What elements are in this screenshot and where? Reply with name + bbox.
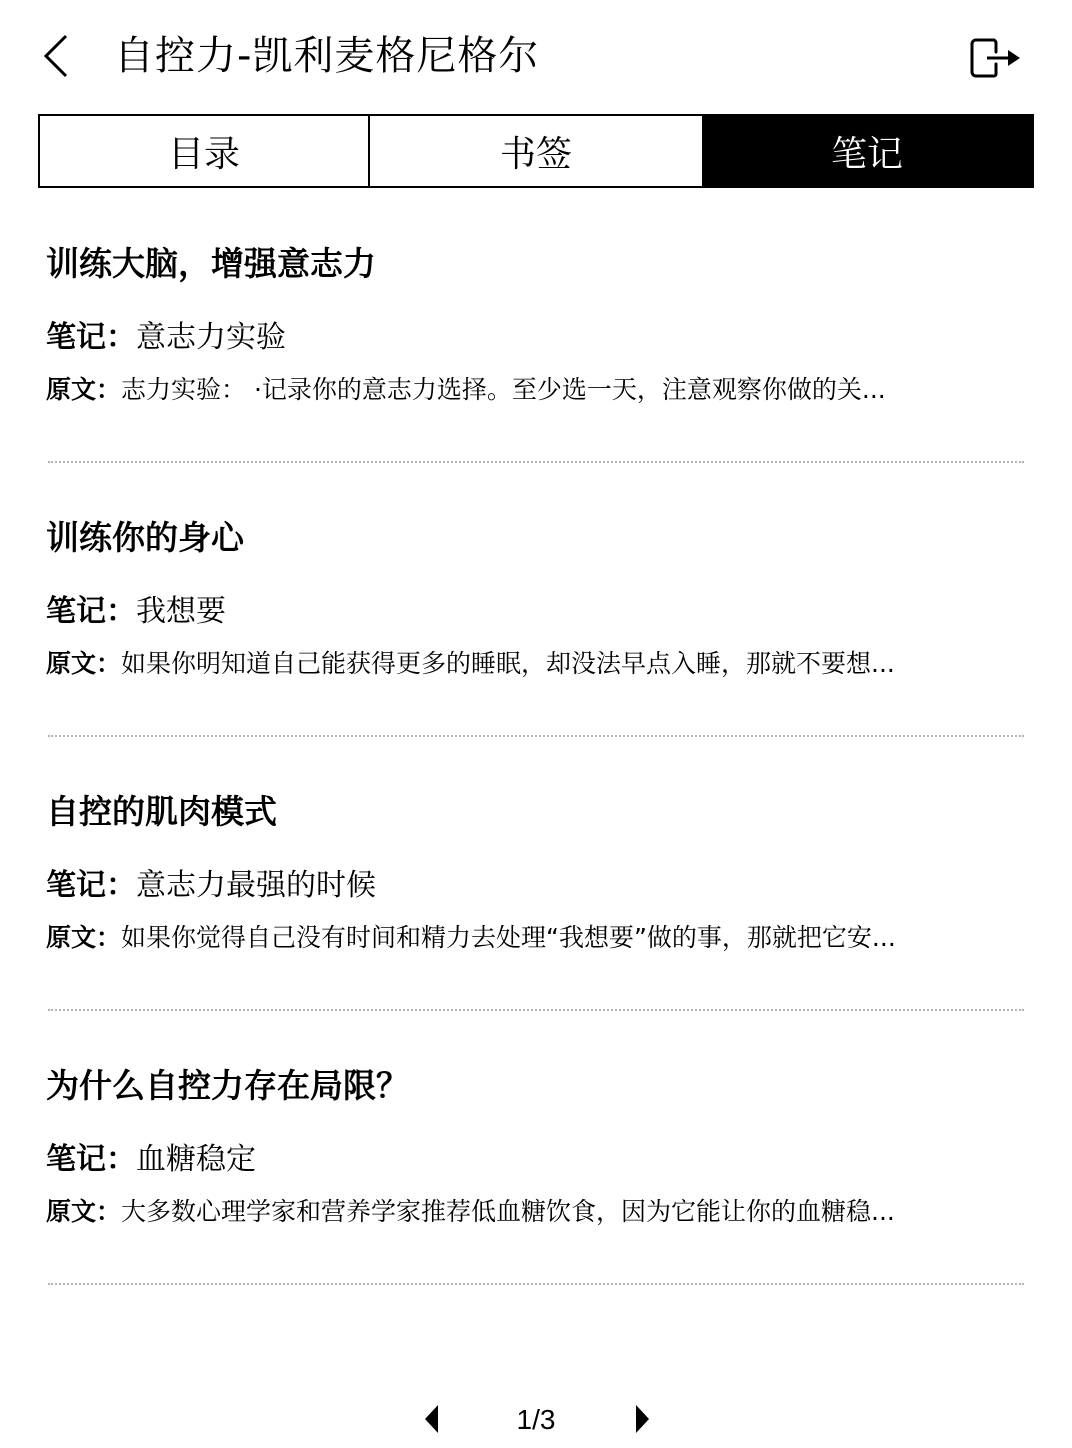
original-label: 原文： [46,1197,121,1226]
original-content: 如果你明知道自己能获得更多的睡眠，却没法早点入睡，那就不要想... [121,649,895,678]
note-item[interactable]: 训练你的身心 笔记：我想要 原文：如果你明知道自己能获得更多的睡眠，却没法早点入… [46,516,1024,684]
tab-bookmarks[interactable]: 书签 [370,116,702,186]
note-item[interactable]: 训练大脑，增强意志力 笔记：意志力实验 原文：志力实验： ·记录你的意志力选择。… [46,242,1024,410]
original-label: 原文： [46,923,121,952]
exit-button[interactable] [965,32,1025,82]
prev-page-button[interactable] [420,1404,444,1434]
divider [48,735,1024,737]
chevron-left-icon [38,30,78,82]
original-text: 原文：大多数心理学家和营养学家推荐低血糖饮食，因为它能让你的血糖稳... [46,1192,1021,1232]
chapter-title: 为什么自控力存在局限？ [46,1064,1024,1108]
next-page-button[interactable] [630,1404,654,1434]
original-content: 如果你觉得自己没有时间和精力去处理“我想要”做的事，那就把它安... [121,923,896,952]
chapter-title: 训练你的身心 [46,516,1024,560]
tab-contents[interactable]: 目录 [40,116,370,186]
original-text: 原文：志力实验： ·记录你的意志力选择。至少选一天，注意观察你做的关... [46,370,1021,410]
note-item[interactable]: 自控的肌肉模式 笔记：意志力最强的时候 原文：如果你觉得自己没有时间和精力去处理… [46,790,1024,958]
note-text: 笔记：血糖稳定 [46,1138,1024,1182]
triangle-left-icon [420,1404,444,1434]
tab-bar: 目录 书签 笔记 [38,114,1034,188]
chapter-title: 训练大脑，增强意志力 [46,242,1024,286]
note-label: 笔记： [46,594,136,629]
divider [48,1009,1024,1011]
book-title: 自控力-凯利麦格尼格尔 [114,28,539,84]
original-text: 原文：如果你明知道自己能获得更多的睡眠，却没法早点入睡，那就不要想... [46,644,1021,684]
note-label: 笔记： [46,320,136,355]
pagination: 1/3 [0,1392,1072,1448]
original-label: 原文： [46,649,121,678]
note-label: 笔记： [46,1142,136,1177]
chapter-title: 自控的肌肉模式 [46,790,1024,834]
original-label: 原文： [46,375,121,404]
triangle-right-icon [630,1404,654,1434]
original-text: 原文：如果你觉得自己没有时间和精力去处理“我想要”做的事，那就把它安... [46,918,1021,958]
note-content: 我想要 [136,594,226,629]
note-text: 笔记：我想要 [46,590,1024,634]
original-content: 大多数心理学家和营养学家推荐低血糖饮食，因为它能让你的血糖稳... [121,1197,895,1226]
note-item[interactable]: 为什么自控力存在局限？ 笔记：血糖稳定 原文：大多数心理学家和营养学家推荐低血糖… [46,1064,1024,1232]
note-content: 意志力最强的时候 [136,868,376,903]
back-button[interactable] [38,30,78,82]
header-bar: 自控力-凯利麦格尼格尔 [0,0,1072,112]
divider [48,461,1024,463]
page-indicator: 1/3 [486,1400,586,1440]
note-content: 意志力实验 [136,320,286,355]
tab-notes[interactable]: 笔记 [702,116,1032,186]
divider [48,1283,1024,1285]
note-text: 笔记：意志力实验 [46,316,1024,360]
original-content: 志力实验： ·记录你的意志力选择。至少选一天，注意观察你做的关... [121,375,886,404]
note-text: 笔记：意志力最强的时候 [46,864,1024,908]
exit-icon [965,32,1025,82]
note-label: 笔记： [46,868,136,903]
note-content: 血糖稳定 [136,1142,256,1177]
